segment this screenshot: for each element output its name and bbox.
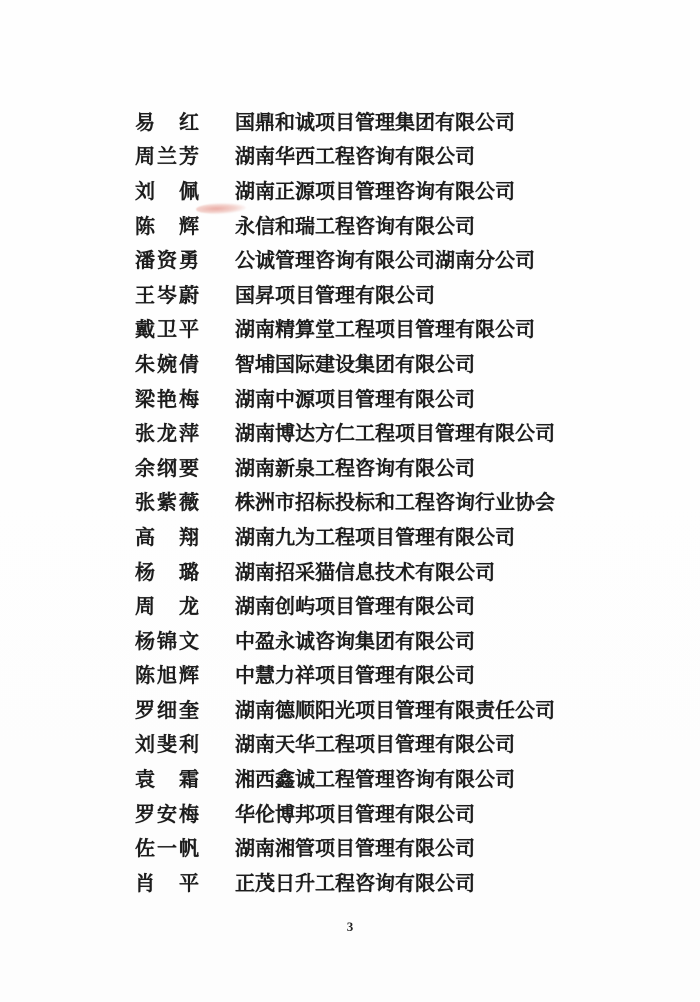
person-name: 罗细奎 — [135, 694, 199, 723]
roster-row: 周兰芳 湖南华西工程咨询有限公司 — [135, 138, 555, 173]
roster-row: 罗细奎 湖南德顺阳光项目管理有限责任公司 — [135, 691, 555, 726]
roster-row: 陈旭辉 中慧力祥项目管理有限公司 — [135, 657, 555, 692]
person-name: 肖平 — [135, 867, 199, 896]
roster-row: 王岑蔚 国昇项目管理有限公司 — [135, 276, 555, 311]
company-name: 湖南天华工程项目管理有限公司 — [235, 728, 515, 757]
roster-row: 杨锦文 中盈永诚咨询集团有限公司 — [135, 622, 555, 657]
person-name: 刘斐利 — [135, 728, 199, 757]
person-name: 朱婉倩 — [135, 348, 199, 377]
document-page: 易红 国鼎和诚项目管理集团有限公司 周兰芳 湖南华西工程咨询有限公司 刘佩 湖南… — [0, 0, 700, 1002]
company-name: 正茂日升工程咨询有限公司 — [235, 867, 475, 896]
roster-row: 袁霜 湘西鑫诚工程管理咨询有限公司 — [135, 760, 555, 795]
company-name: 中慧力祥项目管理有限公司 — [235, 659, 475, 688]
company-name: 湖南德顺阳光项目管理有限责任公司 — [235, 694, 555, 723]
person-name: 陈辉 — [135, 210, 199, 239]
roster-row: 张龙萍 湖南博达方仁工程项目管理有限公司 — [135, 414, 555, 449]
person-name: 陈旭辉 — [135, 659, 199, 688]
person-name: 戴卫平 — [135, 313, 199, 342]
person-name: 杨锦文 — [135, 625, 199, 654]
company-name: 湖南正源项目管理咨询有限公司 — [235, 175, 515, 204]
person-name: 余纲要 — [135, 452, 199, 481]
company-name: 永信和瑞工程咨询有限公司 — [235, 210, 475, 239]
company-name: 湖南招采猫信息技术有限公司 — [235, 556, 495, 585]
roster-row: 张紫薇 株洲市招标投标和工程咨询行业协会 — [135, 484, 555, 519]
company-name: 湖南华西工程咨询有限公司 — [235, 140, 475, 169]
roster-row: 肖平 正茂日升工程咨询有限公司 — [135, 864, 555, 899]
company-name: 湖南九为工程项目管理有限公司 — [235, 521, 515, 550]
company-name: 国鼎和诚项目管理集团有限公司 — [235, 106, 515, 135]
company-name: 株洲市招标投标和工程咨询行业协会 — [235, 486, 555, 515]
person-name: 罗安梅 — [135, 798, 199, 827]
roster-row: 高翔 湖南九为工程项目管理有限公司 — [135, 518, 555, 553]
roster-row: 杨璐 湖南招采猫信息技术有限公司 — [135, 553, 555, 588]
company-name: 湘西鑫诚工程管理咨询有限公司 — [235, 763, 515, 792]
person-name: 易红 — [135, 106, 199, 135]
company-name: 湖南创屿项目管理有限公司 — [235, 590, 475, 619]
roster-row: 潘资勇 公诚管理咨询有限公司湖南分公司 — [135, 241, 555, 276]
roster-row: 余纲要 湖南新泉工程咨询有限公司 — [135, 449, 555, 484]
person-name: 袁霜 — [135, 763, 199, 792]
person-name: 潘资勇 — [135, 244, 199, 273]
page-number: 3 — [0, 919, 700, 935]
roster-row: 戴卫平 湖南精算堂工程项目管理有限公司 — [135, 311, 555, 346]
roster-row: 刘佩 湖南正源项目管理咨询有限公司 — [135, 172, 555, 207]
person-name: 周兰芳 — [135, 140, 199, 169]
person-name: 张紫薇 — [135, 486, 199, 515]
roster-list: 易红 国鼎和诚项目管理集团有限公司 周兰芳 湖南华西工程咨询有限公司 刘佩 湖南… — [135, 103, 555, 899]
company-name: 湖南中源项目管理有限公司 — [235, 383, 475, 412]
person-name: 王岑蔚 — [135, 279, 199, 308]
roster-row: 梁艳梅 湖南中源项目管理有限公司 — [135, 380, 555, 415]
company-name: 湖南精算堂工程项目管理有限公司 — [235, 313, 535, 342]
roster-row: 朱婉倩 智埔国际建设集团有限公司 — [135, 345, 555, 380]
company-name: 华伦博邦项目管理有限公司 — [235, 798, 475, 827]
roster-row: 佐一帆 湖南湘管项目管理有限公司 — [135, 829, 555, 864]
roster-row: 罗安梅 华伦博邦项目管理有限公司 — [135, 795, 555, 830]
person-name: 周龙 — [135, 590, 199, 619]
company-name: 中盈永诚咨询集团有限公司 — [235, 625, 475, 654]
company-name: 公诚管理咨询有限公司湖南分公司 — [235, 244, 535, 273]
person-name: 张龙萍 — [135, 417, 199, 446]
company-name: 国昇项目管理有限公司 — [235, 279, 435, 308]
person-name: 杨璐 — [135, 556, 199, 585]
roster-row: 周龙 湖南创屿项目管理有限公司 — [135, 587, 555, 622]
roster-row: 刘斐利 湖南天华工程项目管理有限公司 — [135, 726, 555, 761]
company-name: 湖南湘管项目管理有限公司 — [235, 832, 475, 861]
company-name: 湖南博达方仁工程项目管理有限公司 — [235, 417, 555, 446]
person-name: 佐一帆 — [135, 832, 199, 861]
person-name: 梁艳梅 — [135, 383, 199, 412]
person-name: 高翔 — [135, 521, 199, 550]
person-name: 刘佩 — [135, 175, 199, 204]
roster-row: 易红 国鼎和诚项目管理集团有限公司 — [135, 103, 555, 138]
company-name: 湖南新泉工程咨询有限公司 — [235, 452, 475, 481]
company-name: 智埔国际建设集团有限公司 — [235, 348, 475, 377]
roster-row: 陈辉 永信和瑞工程咨询有限公司 — [135, 207, 555, 242]
